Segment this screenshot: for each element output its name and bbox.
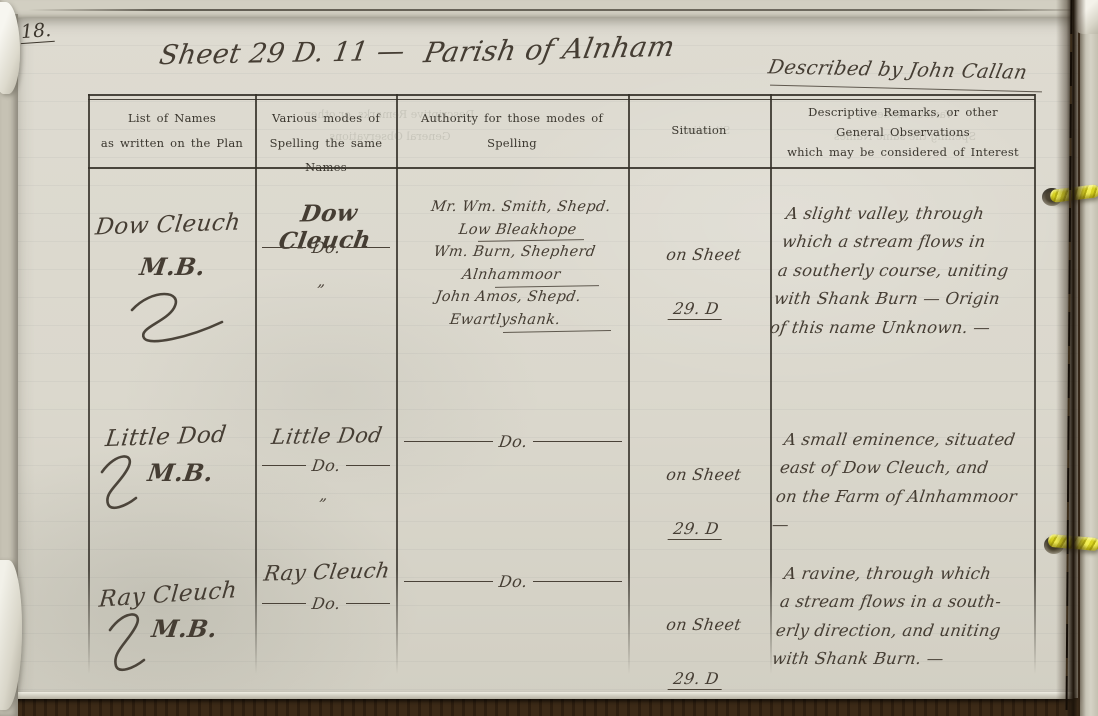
authority-ditto: Do. [404,432,622,451]
situation-line2: 29. D [630,295,762,322]
table-top-rule-inner [88,99,1035,101]
scanned-name-book-page: { "page": { "number": "18.", "sheet_head… [0,0,1098,716]
situation-line2: 29. D [630,665,762,692]
ditto-text: Do. [497,572,528,591]
flourish-mark [98,608,168,678]
row-situation: on Sheet 29. D [627,434,774,569]
ditto-text: Do. [497,432,528,451]
row-spelling: Ray Cleuch [256,558,398,586]
row-situation: on Sheet 29. D [627,584,774,716]
ditto-text: Do. [310,238,341,257]
situation-line2: 29. D [630,515,762,542]
page-bottom-edge [12,692,1074,699]
page-number: 18. [19,19,55,44]
table-header-bottom-rule [88,167,1035,169]
spelling-ditto: Do. [262,238,390,257]
row-situation: on Sheet 29. D [627,214,774,349]
column-divider-2 [396,94,398,674]
page-behind-ridge [28,9,1098,11]
situation-line1: on Sheet [638,241,770,268]
row-remarks: A slight valley, through which a stream … [768,200,1046,342]
spelling-ditto: Do. [262,594,390,613]
column-header-names: List of Names as written on the Plan [92,106,252,155]
table-top-rule-outer [88,94,1035,96]
situation-line1: on Sheet [638,611,770,638]
flourish-mark [118,292,238,348]
column-divider-3 [628,94,630,674]
bleed-through-text: Situation [650,120,760,142]
bleed-through-text: Various modes of Spelling the same Names [800,104,1010,148]
ditto-text: Do. [310,456,341,475]
authority-ditto: Do. [404,572,622,591]
row-authority: Mr. Wm. Smith, Shepd. Low Bleakhope Wm. … [393,196,634,331]
situation-line1: on Sheet [638,461,770,488]
ditto-text: Do. [310,594,341,613]
sheet-heading: Sheet 29 D. 11 — [157,36,407,71]
parish-heading: Parish of Alnham [421,30,677,70]
bleed-through-text: Descriptive Remarks, or other General Ob… [270,104,510,148]
surveyor-initials: M.B. [138,252,207,281]
flourish-mark [92,450,162,516]
spelling-ditto: Do. [262,456,390,475]
row-remarks: A small eminence, situated east of Dow C… [770,426,1044,540]
row-spelling: Little Dod [256,423,398,449]
row-remarks: A ravine, through which a stream flows i… [770,560,1044,674]
